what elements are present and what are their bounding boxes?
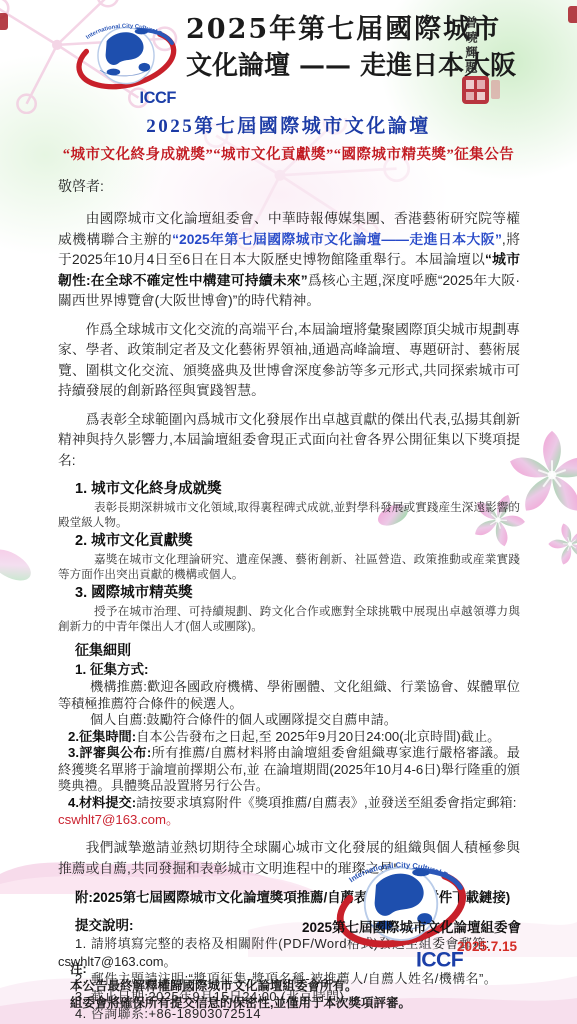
rules-heading: 征集細則: [58, 641, 520, 659]
header: International City Cultural Forum ICCF 2…: [0, 8, 577, 104]
page-subtitle: “城市文化終身成就獎”“城市文化貢獻獎”“國際城市精英獎”征集公告: [0, 143, 577, 164]
note-heading: 注:: [70, 961, 411, 978]
rules-method-heading: 1. 征集方式:: [58, 661, 520, 679]
iccf-logo: International City Cultural Forum ICCF: [68, 10, 184, 107]
award-title: 3. 國際城市精英獎: [58, 585, 520, 602]
award-title: 2. 城市文化貢獻獎: [58, 533, 520, 550]
seal-stamp-secondary: [491, 80, 500, 99]
award-desc: 嘉獎在城市文化理論研究、遺産保護、藝術創新、社區營造、政策推動或産業實踐等方面作…: [58, 552, 520, 582]
rules-method-line1: 機構推薦:歡迎各國政府機構、學術團體、文化組織、行業協會、媒體單位等積極推薦符合…: [58, 679, 520, 712]
page-title: 2025第七屆國際城市文化論壇: [0, 111, 577, 138]
calligrapher-signature: 曾曉輝題: [463, 16, 480, 76]
award-desc: 授予在城市治理、可持續規劃、跨文化合作或應對全球挑戰中展現出卓越領導力與創新力的…: [58, 604, 520, 634]
award-desc: 表彰長期深耕城市文化領域,取得裏程碑式成就,並對學科發展或實踐産生深遠影響的殿堂…: [58, 500, 520, 530]
purpose-paragraph: 爲表彰全球範圍內爲城市文化發展作出卓越貢獻的傑出代表,弘揚其創新精神與持久影響力…: [58, 410, 520, 472]
globe-icon: [73, 20, 180, 95]
announcement-page: International City Cultural Forum ICCF 2…: [0, 0, 577, 1024]
logo-acronym: ICCF: [140, 89, 177, 107]
salutation: 敬啓者:: [58, 176, 520, 196]
rules-method-line2: 個人自薦:鼓勵符合條件的個人或團隊提交自薦申請。: [58, 712, 520, 729]
note-line1: 本公告最終解釋權歸國際城市文化論壇組委會所有。: [70, 978, 411, 995]
rules-submit: 4.材料提交:請按要求填寫附件《獎項推薦/自薦表》,並發送至組委會指定郵箱:: [58, 795, 520, 812]
rules-review: 3.評審與公布:所有推薦/自薦材料將由論壇組委會組織專家進行嚴格審議。最終獲獎名…: [58, 745, 520, 795]
calligraphy-line1: 2025年第七届國際城市: [186, 12, 460, 48]
intro-paragraph: 由國際城市文化論壇組委會、中華時報傳媒集團、香港藝術研究院等權威機構聯合主辦的“…: [58, 209, 520, 312]
email-link[interactable]: cswhlt7@163.com。: [58, 811, 520, 828]
note-section: 注: 本公告最終解釋權歸國際城市文化論壇組委會所有。 組委會將確保所有提交信息的…: [70, 961, 411, 1012]
award-list: 1. 城市文化終身成就獎 表彰長期深耕城市文化領域,取得裏程碑式成就,並對學科發…: [58, 481, 520, 634]
body-content: 敬啓者: 由國際城市文化論壇組委會、中華時報傳媒集團、香港藝術研究院等權威機構聯…: [0, 176, 577, 1023]
award-title: 1. 城市文化終身成就獎: [58, 481, 520, 498]
platform-paragraph: 作爲全球城市文化交流的高端平台,本屆論壇將彙聚國際頂尖城市規劃專家、學者、政策制…: [58, 320, 520, 402]
footer-date: 2025.7.15: [457, 939, 517, 954]
rules-time: 2.征集時間:自本公告發布之日起,至 2025年9月20日24:00(北京時間)…: [58, 729, 520, 746]
calligraphy-title: 2025年第七届國際城市 文化論壇 —— 走進日本大阪: [186, 12, 460, 84]
rules-section: 征集細則 1. 征集方式: 機構推薦:歡迎各國政府機構、學術團體、文化組織、行業…: [58, 641, 520, 828]
footer-organization: 2025第七屆國際城市文化論壇組委會: [302, 916, 521, 936]
calligraphy-line2: 文化論壇 —— 走進日本大阪: [186, 48, 460, 84]
note-line2: 組委會將確保所有提交信息的保密性,並僅用于本次獎項評審。: [70, 995, 411, 1012]
iccf-logo-footer: International City Cultural Forum ICCF: [326, 845, 476, 970]
seal-stamp-icon: [462, 76, 489, 104]
